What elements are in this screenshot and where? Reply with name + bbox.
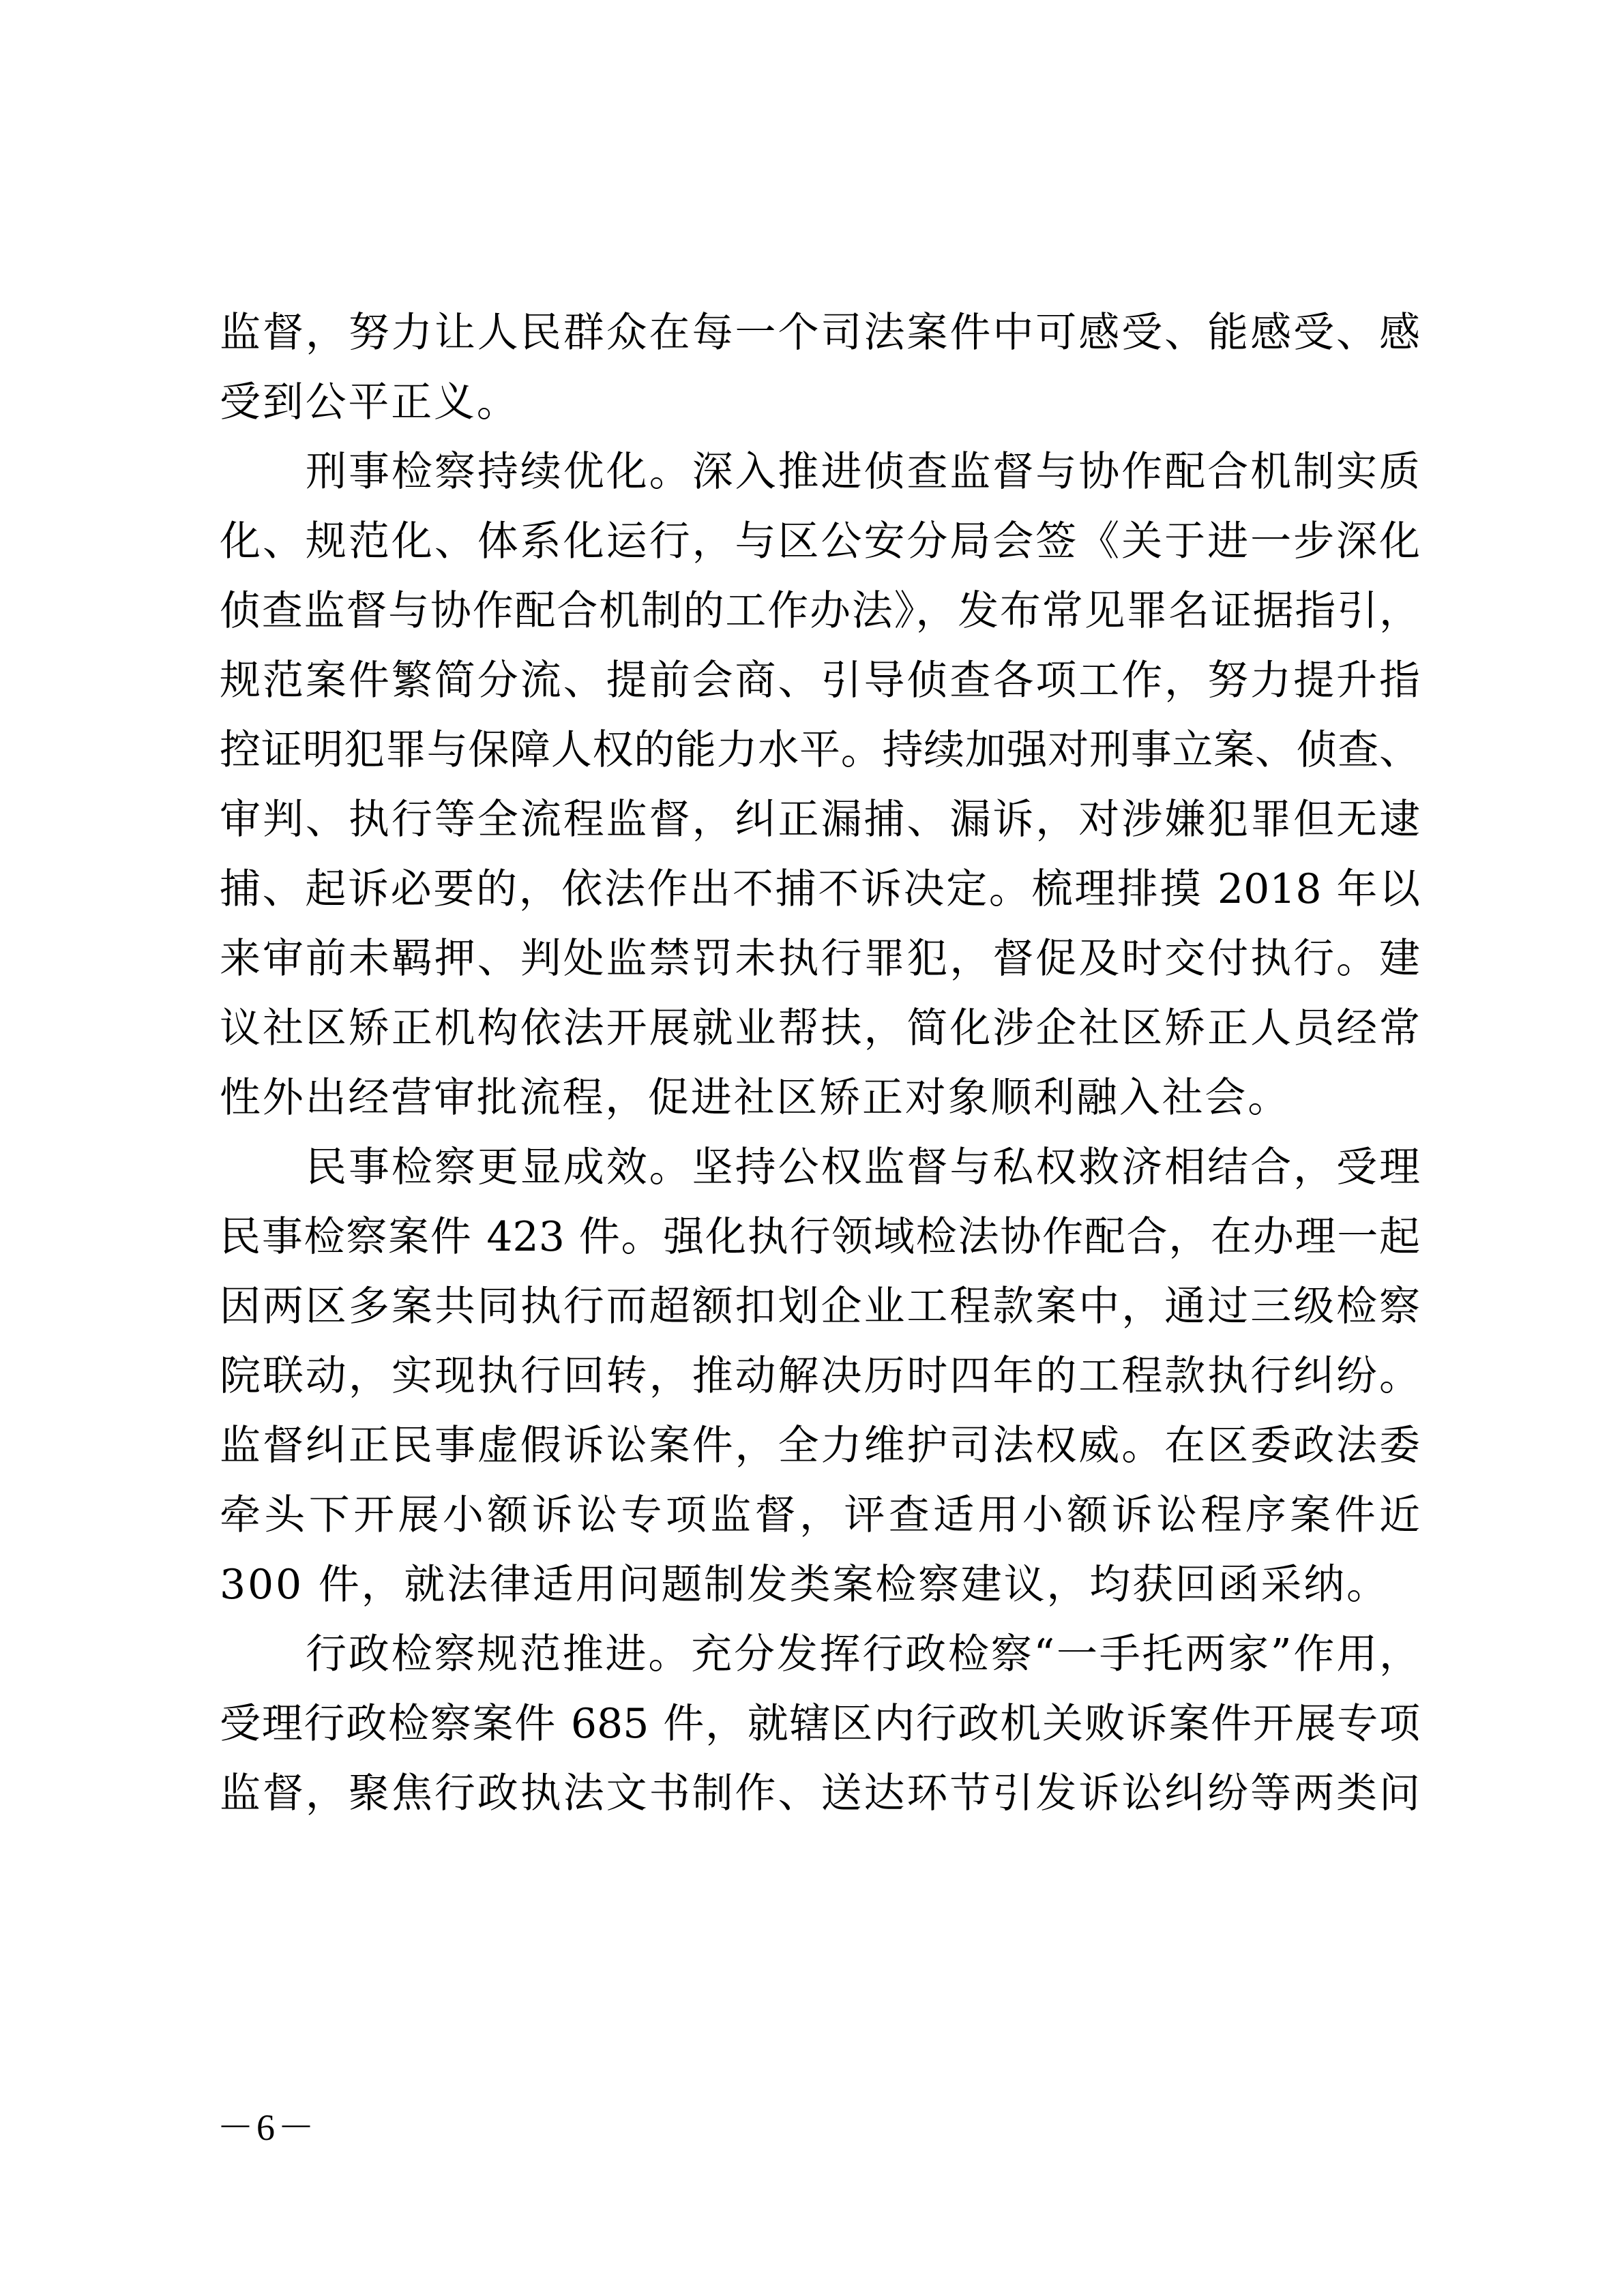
text-line: 监督，努力让人民群众在每一个司法案件中可感受、能感受、感 <box>220 298 1420 368</box>
text-line: 来审前未羁押、判处监禁罚未执行罪犯，督促及时交付执行。建 <box>220 924 1420 994</box>
text-line: 规范案件繁简分流、提前会商、引导侦查各项工作，努力提升指 <box>220 646 1420 715</box>
text-line-paragraph-end: 受到公平正义。 <box>220 368 1420 437</box>
text-line: 院联动，实现执行回转，推动解决历时四年的工程款执行纠纷。 <box>220 1341 1420 1411</box>
paragraph-first-line-administrative: 行政检察规范推进。充分发挥行政检察“一手托两家”作用， <box>220 1620 1420 1689</box>
text-line: 化、规范化、体系化运行，与区公安分局会签《关于进一步深化 <box>220 507 1420 576</box>
text-line: 因两区多案共同执行而超额扣划企业工程款案中，通过三级检察 <box>220 1272 1420 1341</box>
text-line-paragraph-end: 300 件，就法律适用问题制发类案检察建议，均获回函采纳。 <box>220 1550 1420 1620</box>
paragraph-first-line-criminal: 刑事检察持续优化。深入推进侦查监督与协作配合机制实质 <box>220 437 1420 507</box>
page-number: －6－ <box>217 2107 317 2148</box>
text-line: 侦查监督与协作配合机制的工作办法》，发布常见罪名证据指引， <box>220 576 1420 646</box>
text-line: 议社区矫正机构依法开展就业帮扶，简化涉企社区矫正人员经常 <box>220 994 1420 1063</box>
body-text: 监督，努力让人民群众在每一个司法案件中可感受、能感受、感 受到公平正义。 刑事检… <box>220 298 1420 1828</box>
paragraph-first-line-civil: 民事检察更显成效。坚持公权监督与私权救济相结合，受理 <box>220 1133 1420 1202</box>
text-line: 监督纠正民事虚假诉讼案件，全力维护司法权威。在区委政法委 <box>220 1411 1420 1480</box>
text-line: 牵头下开展小额诉讼专项监督，评查适用小额诉讼程序案件近 <box>220 1480 1420 1550</box>
text-line: 捕、起诉必要的，依法作出不捕不诉决定。梳理排摸 2018 年以 <box>220 854 1420 924</box>
text-line: 监督，聚焦行政执法文书制作、送达环节引发诉讼纠纷等两类问 <box>220 1759 1420 1828</box>
text-line: 民事检察案件 423 件。强化执行领域检法协作配合，在办理一起 <box>220 1202 1420 1272</box>
text-line: 审判、执行等全流程监督，纠正漏捕、漏诉，对涉嫌犯罪但无逮 <box>220 785 1420 854</box>
text-line: 控证明犯罪与保障人权的能力水平。持续加强对刑事立案、侦查、 <box>220 715 1420 785</box>
document-page: 监督，努力让人民群众在每一个司法案件中可感受、能感受、感 受到公平正义。 刑事检… <box>0 0 1624 2296</box>
text-line: 受理行政检察案件 685 件，就辖区内行政机关败诉案件开展专项 <box>220 1689 1420 1759</box>
text-line-paragraph-end: 性外出经营审批流程，促进社区矫正对象顺利融入社会。 <box>220 1063 1420 1133</box>
